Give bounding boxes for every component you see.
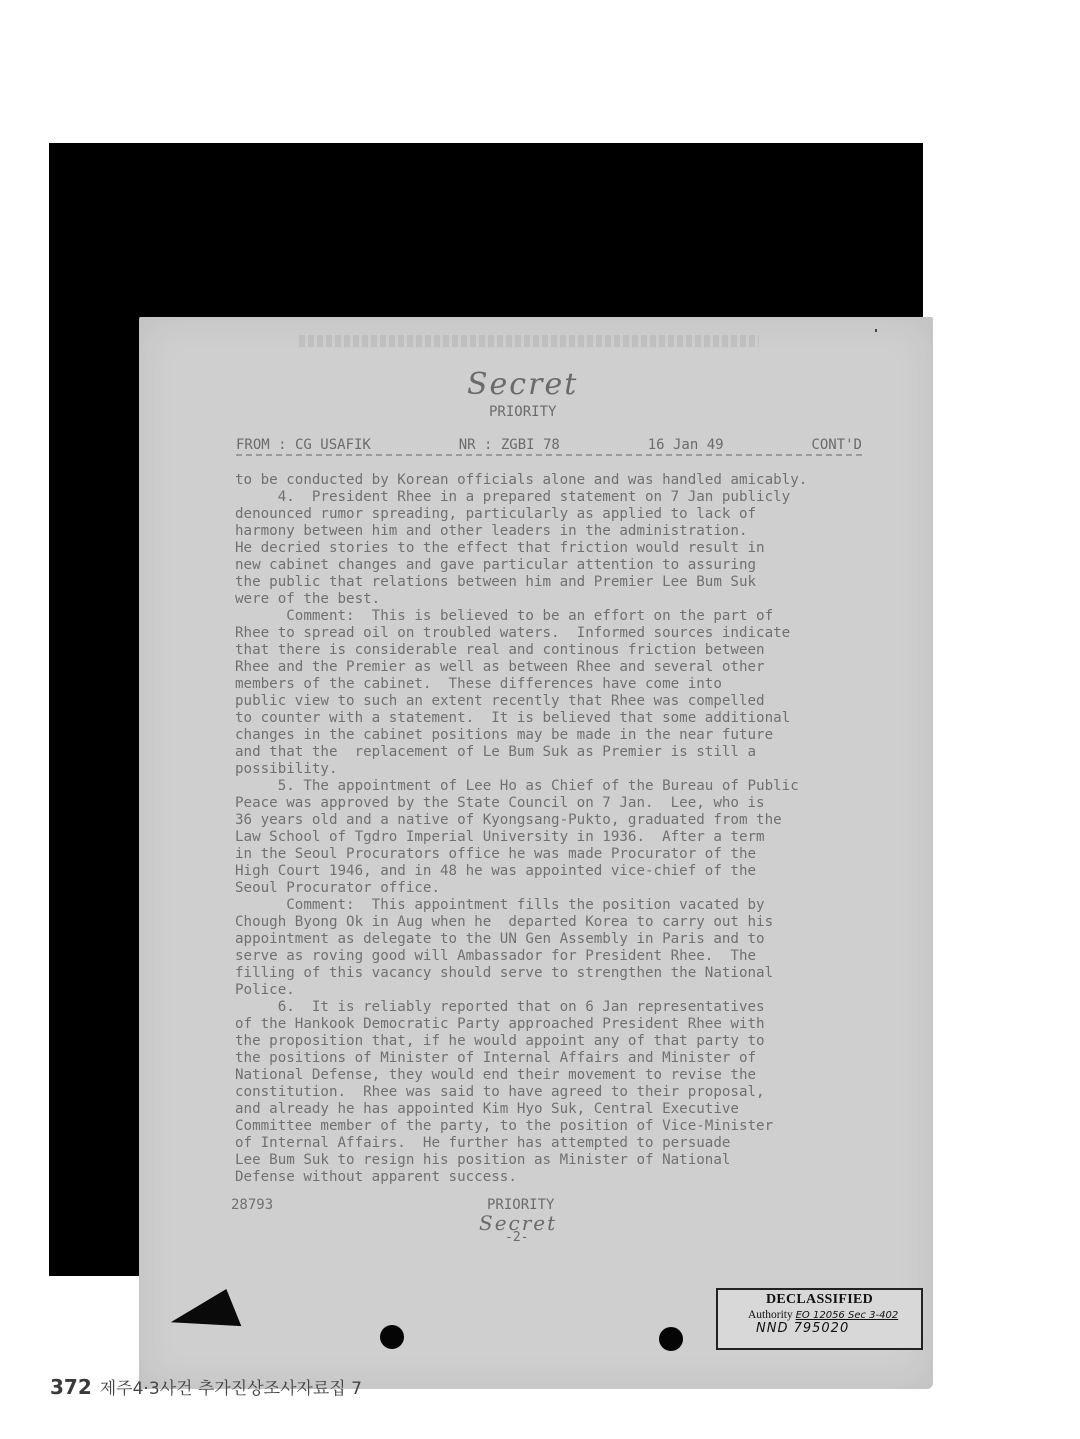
body-line: in the Seoul Procurators office he was m… — [235, 846, 895, 863]
body-line: the proposition that, if he would appoin… — [235, 1033, 895, 1050]
body-line: Comment: This is believed to be an effor… — [235, 608, 895, 625]
dateline: FROM : CG USAFIK NR : ZGBI 78 16 Jan 49 … — [236, 437, 862, 456]
body-line: Peace was approved by the State Council … — [235, 795, 895, 812]
book-folio: 372 제주4·3사건 추가진상조사자료집 7 — [50, 1374, 362, 1399]
body-line: denounced rumor spreading, particularly … — [235, 506, 895, 523]
body-line: the positions of Minister of Internal Af… — [235, 1050, 895, 1067]
body-line: Lee Bum Suk to resign his position as Mi… — [235, 1152, 895, 1169]
body-line: Chough Byong Ok in Aug when he departed … — [235, 914, 895, 931]
document-reference-number: 28793 — [231, 1197, 273, 1213]
stamp-nnd: NND 795020 — [756, 1321, 921, 1336]
punch-hole-icon — [380, 1325, 404, 1349]
body-line: public view to such an extent recently t… — [235, 693, 895, 710]
stray-mark — [875, 329, 877, 332]
body-line: Seoul Procurator office. — [235, 880, 895, 897]
body-line: 5. The appointment of Lee Ho as Chief of… — [235, 778, 895, 795]
from-field: FROM : CG USAFIK — [236, 437, 371, 453]
body-line: Committee member of the party, to the po… — [235, 1118, 895, 1135]
body-line: appointment as delegate to the UN Gen As… — [235, 931, 895, 948]
body-line: National Defense, they would end their m… — [235, 1067, 895, 1084]
body-line: constitution. Rhee was said to have agre… — [235, 1084, 895, 1101]
document-photo-backdrop: Secret PRIORITY FROM : CG USAFIK NR : ZG… — [49, 143, 923, 1276]
status-field: CONT'D — [811, 437, 862, 453]
stamp-authority-value: EO 12056 Sec 3-402 — [796, 1310, 899, 1321]
declassified-stamp: DECLASSIFIED Authority EO 12056 Sec 3-40… — [716, 1288, 923, 1350]
body-line: of Internal Affairs. He further has atte… — [235, 1135, 895, 1152]
body-line: Rhee to spread oil on troubled waters. I… — [235, 625, 895, 642]
body-line: Law School of Tgdro Imperial University … — [235, 829, 895, 846]
body-line: and already he has appointed Kim Hyo Suk… — [235, 1101, 895, 1118]
body-line: to be conducted by Korean officials alon… — [235, 472, 895, 489]
body-line: of the Hankook Democratic Party approach… — [235, 1016, 895, 1033]
nr-field: NR : ZGBI 78 — [459, 437, 560, 453]
handwritten-secret-top: Secret — [467, 367, 578, 402]
body-line: were of the best. — [235, 591, 895, 608]
page-mark: -2- — [505, 1230, 528, 1245]
body-line: new cabinet changes and gave particular … — [235, 557, 895, 574]
date-field: 16 Jan 49 — [648, 437, 724, 453]
body-line: He decried stories to the effect that fr… — [235, 540, 895, 557]
body-line: and that the replacement of Le Bum Suk a… — [235, 744, 895, 761]
body-line: to counter with a statement. It is belie… — [235, 710, 895, 727]
body-line: serve as roving good will Ambassador for… — [235, 948, 895, 965]
document-body: to be conducted by Korean officials alon… — [235, 472, 895, 1186]
body-line: 4. President Rhee in a prepared statemen… — [235, 489, 895, 506]
stamp-authority: Authority EO 12056 Sec 3-402 — [748, 1309, 921, 1321]
body-line: possibility. — [235, 761, 895, 778]
body-line: changes in the cabinet positions may be … — [235, 727, 895, 744]
body-line: the public that relations between him an… — [235, 574, 895, 591]
body-line: Comment: This appointment fills the posi… — [235, 897, 895, 914]
torn-corner-mark — [167, 1289, 241, 1350]
body-line: High Court 1946, and in 48 he was appoin… — [235, 863, 895, 880]
body-line: 36 years old and a native of Kyongsang-P… — [235, 812, 895, 829]
body-line: Defense without apparent success. — [235, 1169, 895, 1186]
body-line: harmony between him and other leaders in… — [235, 523, 895, 540]
punch-hole-icon — [659, 1327, 683, 1351]
stamp-title: DECLASSIFIED — [718, 1292, 921, 1308]
body-line: 6. It is reliably reported that on 6 Jan… — [235, 999, 895, 1016]
book-page-number: 372 — [50, 1375, 92, 1399]
body-line: Rhee and the Premier as well as between … — [235, 659, 895, 676]
body-line: Police. — [235, 982, 895, 999]
body-line: that there is considerable real and cont… — [235, 642, 895, 659]
document-paper: Secret PRIORITY FROM : CG USAFIK NR : ZG… — [139, 317, 933, 1389]
bleed-through-text — [299, 335, 759, 347]
body-line: filling of this vacancy should serve to … — [235, 965, 895, 982]
priority-header: PRIORITY — [489, 404, 556, 420]
book-title: 제주4·3사건 추가진상조사자료집 7 — [100, 1374, 362, 1399]
stamp-authority-label: Authority — [748, 1309, 793, 1321]
body-line: members of the cabinet. These difference… — [235, 676, 895, 693]
